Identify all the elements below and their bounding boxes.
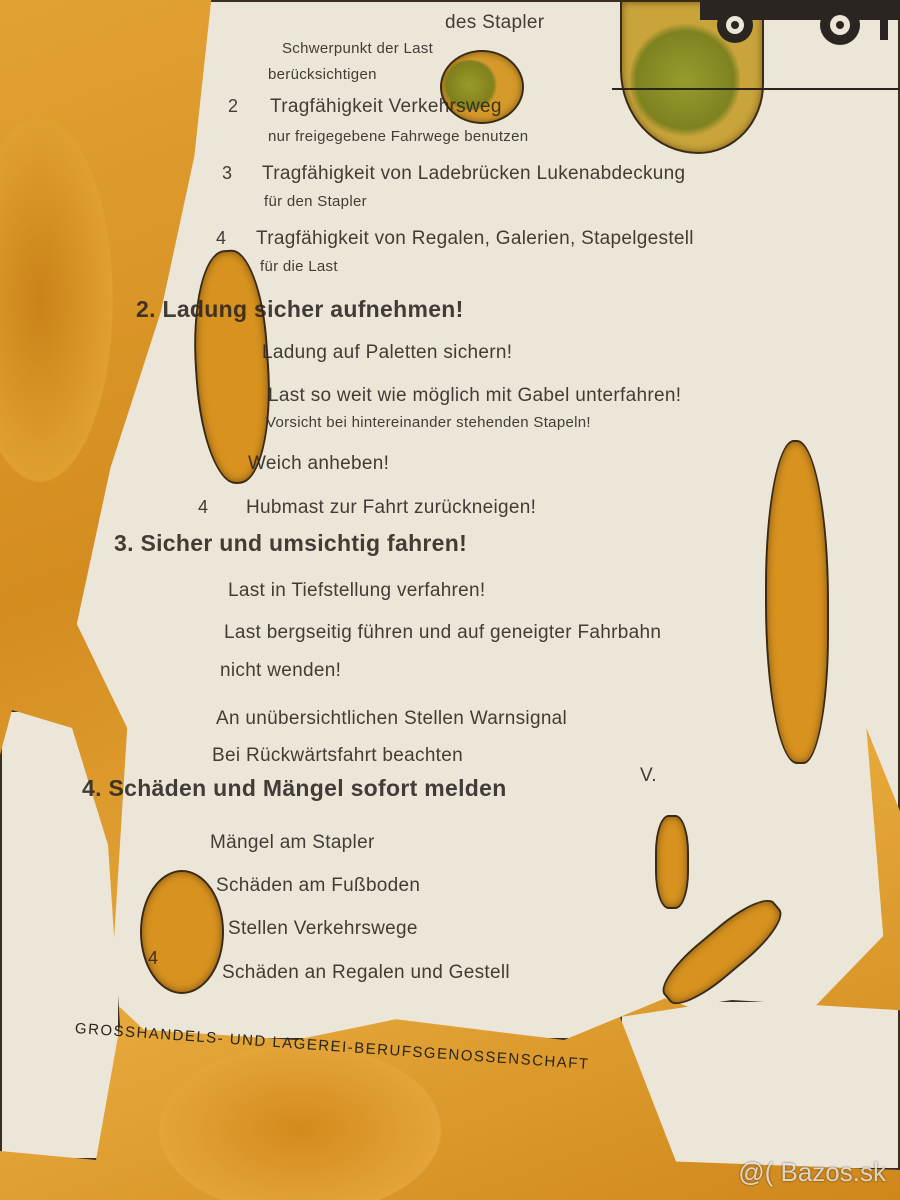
sign-text: Ladung auf Paletten sichern!: [262, 342, 512, 364]
sign-text: Schwerpunkt der Last: [282, 40, 433, 57]
sign-text: Tragfähigkeit von Ladebrücken Lukenabdec…: [262, 163, 685, 185]
item-number: 4: [198, 497, 208, 518]
rust-patch: [140, 870, 224, 994]
item-number: 4: [148, 948, 158, 969]
sign-text: Last so weit wie möglich mit Gabel unter…: [268, 385, 681, 407]
section-heading: 4. Schäden und Mängel sofort melden: [82, 775, 507, 802]
item-number: 4: [216, 228, 226, 249]
watermark: @( Bazos.sk: [738, 1157, 886, 1188]
sign-text: Tragfähigkeit von Regalen, Galerien, Sta…: [256, 228, 694, 250]
sign-text: V.: [640, 765, 657, 787]
sign-text: Stellen Verkehrswege: [228, 918, 418, 940]
section-heading: 3. Sicher und umsichtig fahren!: [114, 530, 467, 557]
item-number: 2: [228, 96, 238, 117]
sign-text: für den Stapler: [264, 193, 367, 210]
sign-text: für die Last: [260, 258, 338, 275]
sign-text: Bei Rückwärtsfahrt beachten: [212, 745, 463, 767]
sign-text: Schäden am Fußboden: [216, 875, 420, 897]
sign-text: des Stapler: [445, 12, 544, 34]
sign-text: An unübersichtlichen Stellen Warnsignal: [216, 708, 567, 730]
section-heading: 2. Ladung sicher aufnehmen!: [136, 296, 464, 323]
sign-text: nur freigegebene Fahrwege benutzen: [268, 128, 528, 145]
sign-text: Mängel am Stapler: [210, 832, 375, 854]
sign-text: berücksichtigen: [268, 66, 377, 83]
sign-text: Tragfähigkeit Verkehrsweg: [270, 96, 502, 118]
rust-patch: [655, 815, 689, 909]
item-number: 3: [222, 163, 232, 184]
sign-text: Weich anheben!: [248, 453, 389, 475]
forklift-pictogram-icon: [700, 0, 900, 95]
divider-line: [612, 88, 900, 90]
sign-text: Last in Tiefstellung verfahren!: [228, 580, 486, 602]
sign-text: Hubmast zur Fahrt zurückneigen!: [246, 497, 536, 519]
rust-patch: [765, 440, 829, 764]
sign-text: nicht wenden!: [220, 660, 341, 682]
sign-text: Vorsicht bei hintereinander stehenden St…: [266, 414, 591, 431]
sign-text: Schäden an Regalen und Gestell: [222, 962, 510, 984]
sign-text: Last bergseitig führen und auf geneigter…: [224, 622, 661, 644]
